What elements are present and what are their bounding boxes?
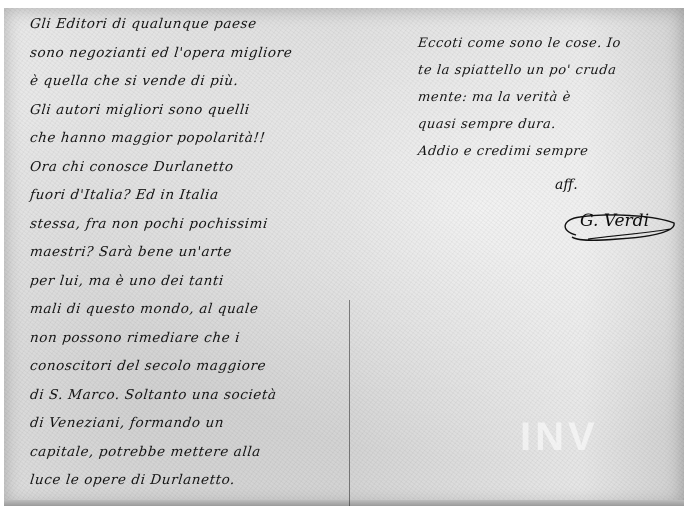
letter-line: Gli Editori di qualunque paese: [29, 10, 352, 39]
letter-line: capitale, potrebbe mettere alla: [29, 438, 352, 467]
watermark: INV: [520, 415, 599, 460]
letter-line: sono negozianti ed l'opera migliore: [29, 39, 352, 68]
signature-text: G. Verdi: [580, 211, 649, 231]
letter-line: Gli autori migliori sono quelli: [29, 96, 352, 125]
letter-line: Addio e credimi sempre: [417, 138, 690, 165]
closing-salutation: aff.: [555, 176, 578, 194]
letter-line: che hanno maggior popolarità!!: [29, 124, 352, 153]
letter-line: maestri? Sarà bene un'arte: [29, 238, 352, 267]
letter-line: fuori d'Italia? Ed in Italia: [29, 181, 352, 210]
letter-line: non possono rimediare che i: [29, 324, 352, 353]
letter-line: quasi sempre dura.: [417, 111, 690, 138]
letter-line: luce le opere di Durlanetto.: [29, 466, 352, 495]
letter-line: mente: ma la verità è: [417, 84, 690, 111]
letter-line: conoscitori del secolo maggiore: [29, 352, 352, 381]
letter-line: di Veneziani, formando un: [29, 409, 352, 438]
letter-line: mali di questo mondo, al quale: [29, 295, 352, 324]
letter-line: Ora chi conosce Durlanetto: [29, 153, 352, 182]
right-column-text: Eccoti come sono le cose. Io te la spiat…: [418, 30, 688, 165]
letter-line: per lui, ma è uno dei tanti: [29, 267, 352, 296]
letter-line: è quella che si vende di più.: [29, 67, 352, 96]
letter-line: Eccoti come sono le cose. Io: [417, 30, 690, 57]
letter-line: te la spiattello un po' cruda: [417, 57, 690, 84]
paper-bottom-edge: [4, 500, 684, 506]
left-column-text: Gli Editori di qualunque paese sono nego…: [30, 10, 350, 495]
letter-line: stessa, fra non pochi pochissimi: [29, 210, 352, 239]
letter-line: di S. Marco. Soltanto una società: [29, 381, 352, 410]
signature: G. Verdi: [558, 205, 680, 245]
closing-text: aff.: [555, 177, 578, 193]
